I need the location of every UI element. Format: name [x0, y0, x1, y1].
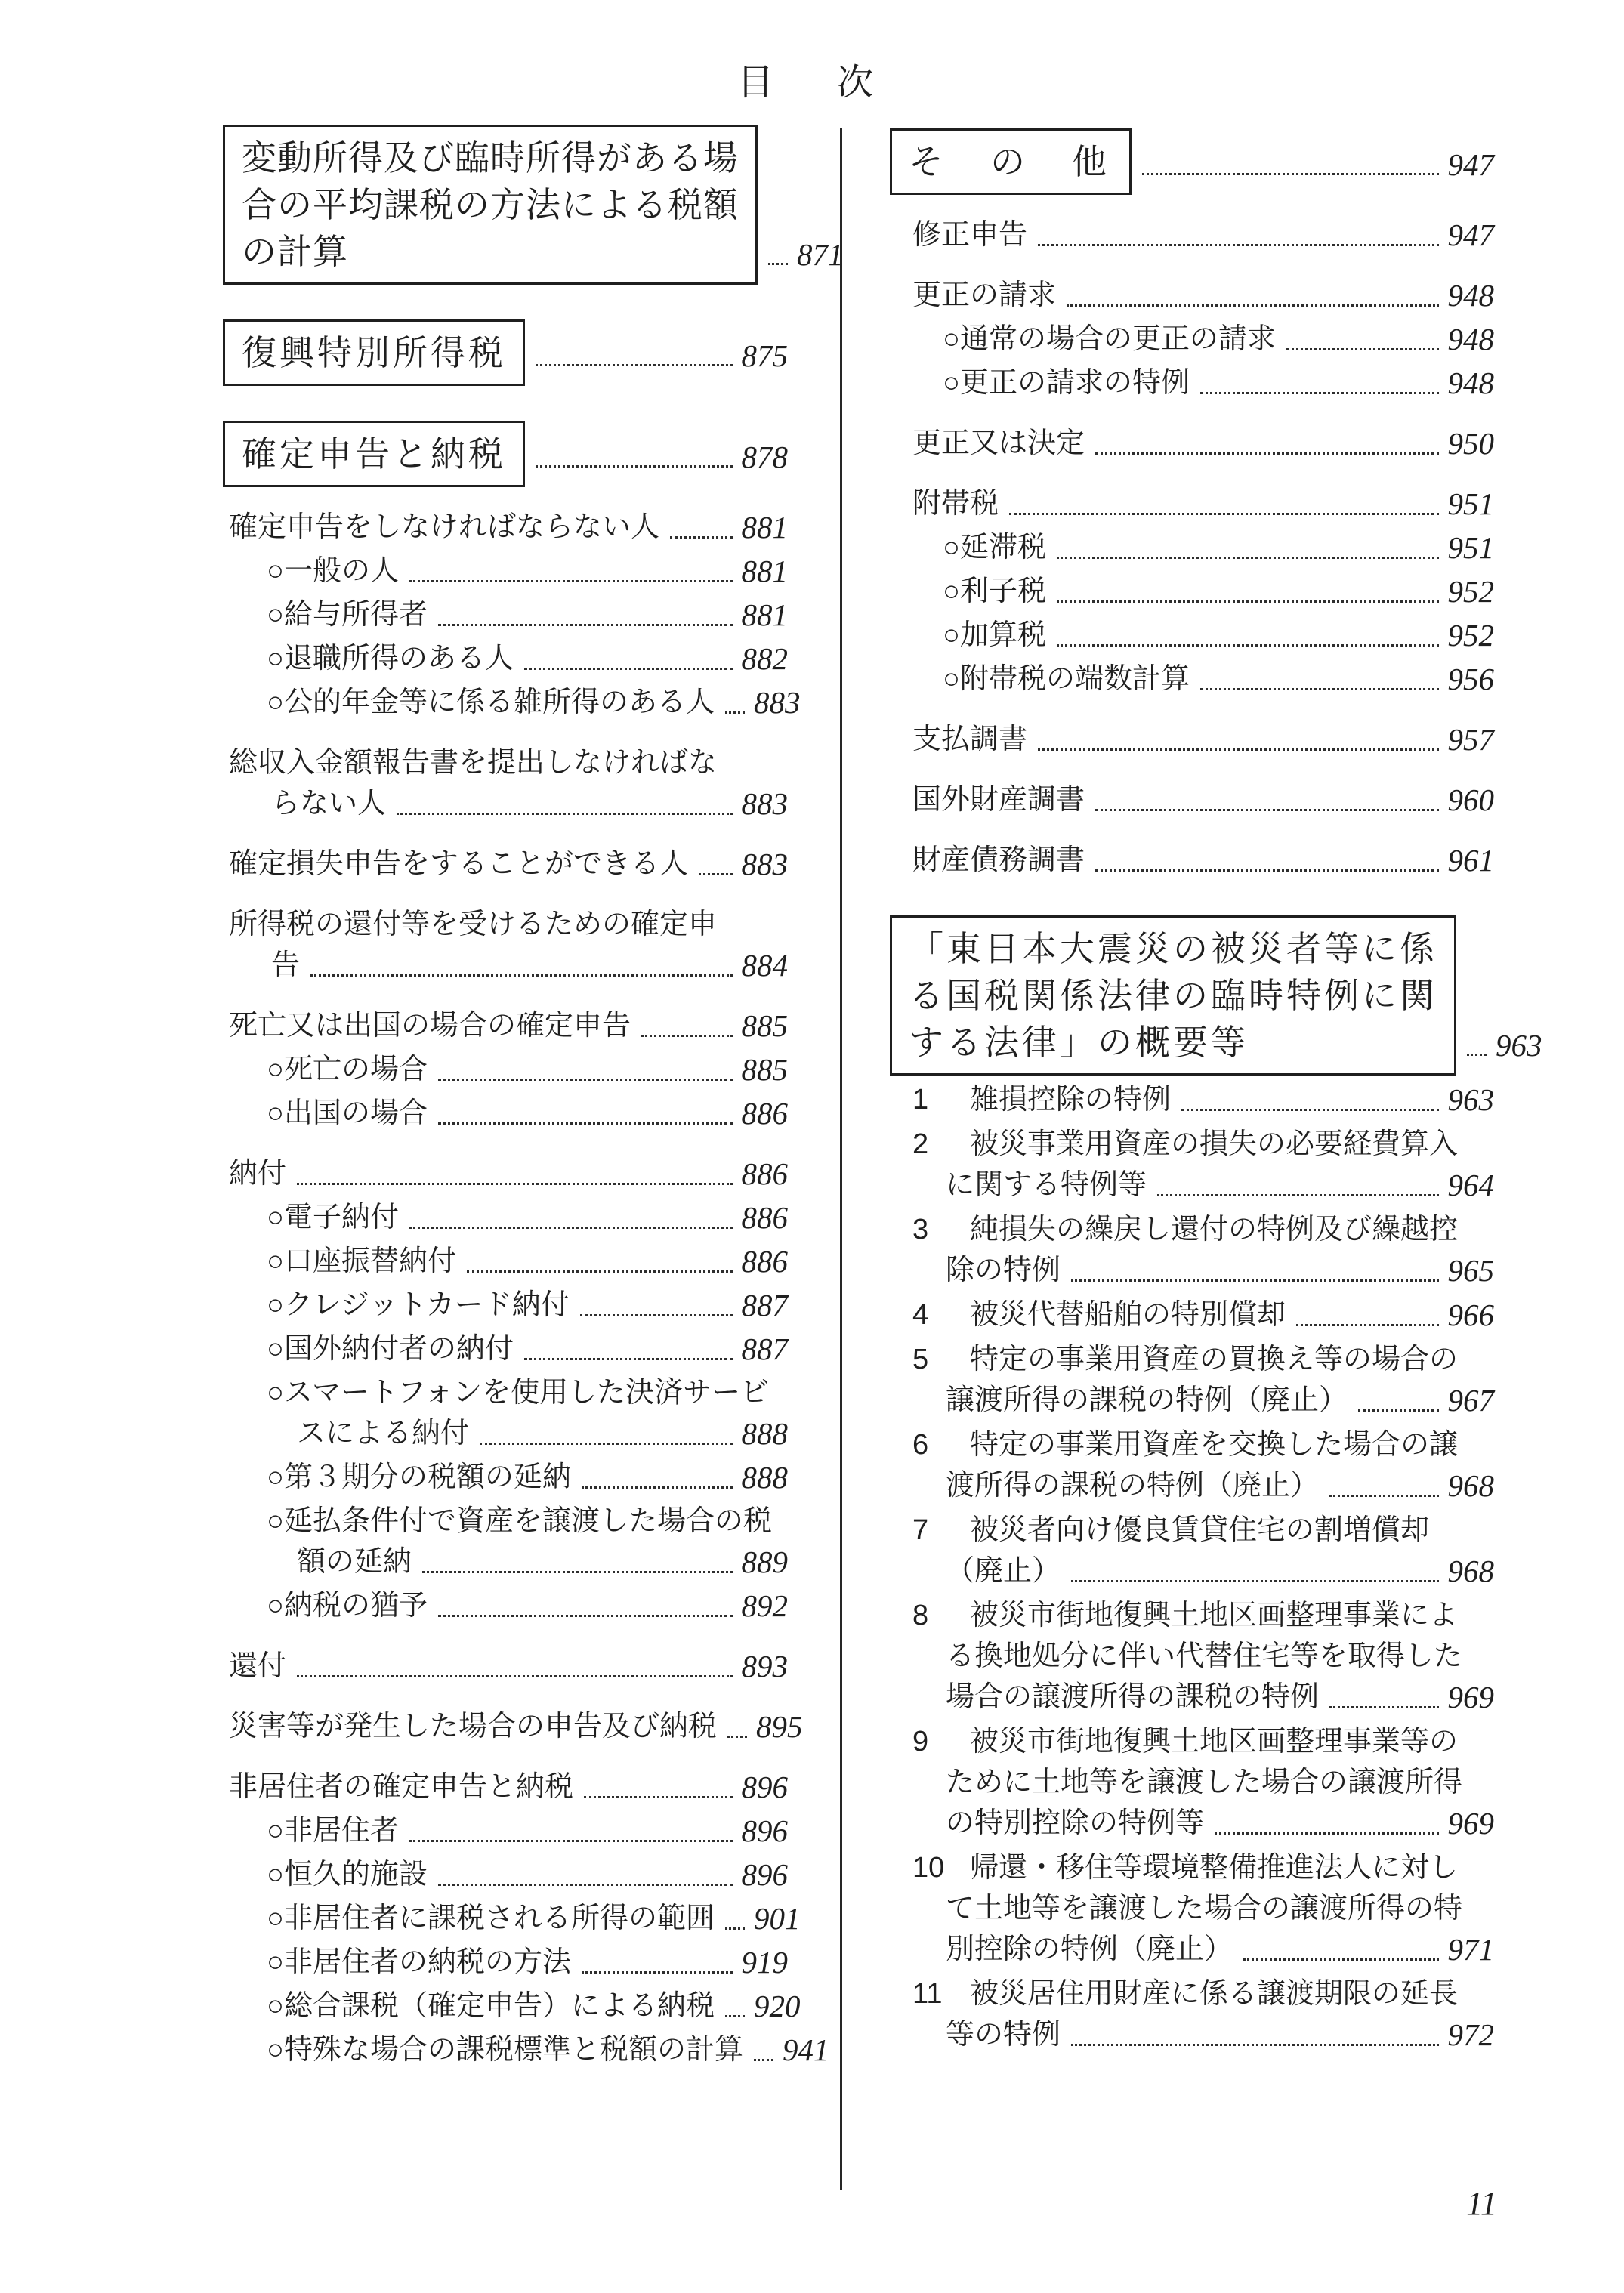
- boxed-entry-row: 「東日本大震災の被災者等に係る国税関係法律の臨時特例に関する法律」の概要等963: [890, 915, 1494, 1076]
- entry-page-number: 956: [1448, 659, 1495, 699]
- toc-entry: ○延滞税951: [890, 527, 1494, 568]
- section-box: そ の 他: [890, 128, 1132, 195]
- toc-entry: ○出国の場合886: [223, 1093, 788, 1134]
- entry-row: 国外財産調書960: [912, 779, 1494, 820]
- toc-entry: 7被災者向け優良賃貸住宅の割増償却（廃止）968: [890, 1510, 1494, 1591]
- entry-line: 総収入金額報告書を提出しなければな: [229, 742, 788, 783]
- dotted-leader: [1215, 1832, 1438, 1835]
- entry-text: 特定の事業用資産を交換した場合の譲: [970, 1429, 1458, 1461]
- toc-entry: 確定申告をしなければならない人881: [223, 507, 788, 548]
- entry-row: 渡所得の課税の特例（廃止）968: [912, 1465, 1494, 1506]
- entry-page-number: 886: [742, 1197, 789, 1238]
- dotted-leader: [1095, 869, 1438, 872]
- toc-entry: 更正の請求948: [890, 275, 1494, 316]
- entry-text: 国外財産調書: [912, 779, 1085, 820]
- entry-page-number: 968: [1448, 1551, 1495, 1591]
- entry-text: ○納税の猶予: [267, 1585, 428, 1626]
- section-box-line: の計算: [242, 228, 739, 275]
- entry-text: ○一般の人: [267, 551, 399, 591]
- section-box: 変動所得及び臨時所得がある場合の平均課税の方法による税額の計算: [223, 125, 758, 285]
- dotted-leader: [1038, 244, 1438, 246]
- boxed-entry-row: そ の 他947: [890, 128, 1494, 195]
- entry-text: 非居住者の確定申告と納税: [229, 1767, 573, 1807]
- page-number: 11: [1466, 2184, 1497, 2223]
- entry-row: ○クレジットカード納付887: [267, 1285, 788, 1325]
- entry-page-number: 941: [783, 2029, 829, 2070]
- entry-row: ○電子納付886: [267, 1197, 788, 1238]
- entry-row: 別控除の特例（廃止）971: [912, 1929, 1494, 1970]
- entry-text: 財産債務調書: [912, 840, 1085, 881]
- entry-line: 10帰還・移住等環境整備推進法人に対し: [912, 1847, 1494, 1888]
- toc-entry: ○非居住者896: [223, 1810, 788, 1851]
- toc-entry: ○非居住者に課税される所得の範囲901: [223, 1898, 788, 1939]
- dotted-leader: [536, 364, 733, 366]
- section-box: 復興特別所得税: [223, 319, 525, 386]
- entry-line: 3純損失の繰戻し還付の特例及び繰越控: [912, 1209, 1494, 1250]
- entry-number: 8: [912, 1595, 970, 1636]
- dotted-leader: [297, 1675, 732, 1677]
- dotted-leader: [1243, 1958, 1438, 1961]
- entry-page-number: 951: [1448, 527, 1495, 568]
- toc-entry: 納付886: [223, 1153, 788, 1194]
- toc-entry: 災害等が発生した場合の申告及び納税895: [223, 1706, 788, 1747]
- toc-entry: 6特定の事業用資産を交換した場合の譲渡所得の課税の特例（廃止）968: [890, 1424, 1494, 1506]
- entry-text: 帰還・移住等環境整備推進法人に対し: [970, 1852, 1458, 1884]
- entry-row: ○口座振替納付886: [267, 1241, 788, 1282]
- toc-entry: ○口座振替納付886: [223, 1241, 788, 1282]
- dotted-leader: [409, 1227, 733, 1229]
- entry-text: 被災代替船舶の特別償却: [970, 1295, 1286, 1335]
- entry-number: 2: [912, 1124, 970, 1165]
- entry-line: ために土地等を譲渡した場合の譲渡所得: [912, 1762, 1494, 1803]
- dotted-leader: [397, 813, 732, 815]
- toc-entry: ○スマートフォンを使用した決済サービスによる納付888: [223, 1372, 788, 1454]
- entry-page-number: 951: [1448, 483, 1495, 524]
- section-box-line: る国税関係法律の臨時特例に関: [909, 972, 1437, 1019]
- section-box-line: する法律」の概要等: [909, 1019, 1437, 1066]
- entry-text: ○電子納付: [267, 1197, 399, 1238]
- dotted-leader: [422, 1571, 732, 1573]
- toc-entry: ○附帯税の端数計算956: [890, 659, 1494, 699]
- entry-page-number: 952: [1448, 615, 1495, 656]
- dotted-leader: [580, 1314, 733, 1316]
- toc-entry: ○死亡の場合885: [223, 1049, 788, 1090]
- dotted-leader: [768, 263, 788, 265]
- dotted-leader: [1095, 809, 1438, 811]
- toc-entry: 5特定の事業用資産の買換え等の場合の譲渡所得の課税の特例（廃止）967: [890, 1339, 1494, 1421]
- entry-row: ○出国の場合886: [267, 1093, 788, 1134]
- dotted-leader: [297, 1183, 732, 1185]
- entry-number: 10: [912, 1847, 970, 1888]
- boxed-entry-row: 変動所得及び臨時所得がある場合の平均課税の方法による税額の計算871: [223, 125, 788, 285]
- entry-page-number: 971: [1448, 1929, 1495, 1970]
- entry-number: 7: [912, 1510, 970, 1551]
- dotted-leader: [1057, 644, 1439, 647]
- entry-text: 更正又は決定: [912, 423, 1085, 464]
- entry-text: 被災市街地復興土地区画整理事業等の: [970, 1726, 1458, 1758]
- dotted-leader: [725, 711, 745, 714]
- entry-text: らない人: [271, 783, 386, 824]
- entry-text: 渡所得の課税の特例（廃止）: [946, 1465, 1319, 1506]
- entry-page-number: 887: [742, 1329, 789, 1369]
- toc-entry: 国外財産調書960: [890, 779, 1494, 820]
- toc-section-entry: そ の 他947: [890, 128, 1494, 195]
- entry-row: 譲渡所得の課税の特例（廃止）967: [912, 1380, 1494, 1421]
- entry-row: （廃止）968: [912, 1551, 1494, 1591]
- entry-text: ○非居住者に課税される所得の範囲: [267, 1898, 715, 1939]
- entry-text: ○総合課税（確定申告）による納税: [267, 1986, 715, 2026]
- entry-row: 死亡又は出国の場合の確定申告885: [229, 1005, 788, 1046]
- entry-text: 被災市街地復興土地区画整理事業によ: [970, 1600, 1458, 1631]
- section-box: 「東日本大震災の被災者等に係る国税関係法律の臨時特例に関する法律」の概要等: [890, 915, 1456, 1076]
- entry-line: て土地等を譲渡した場合の譲渡所得の特: [912, 1888, 1494, 1929]
- toc-entry: ○延払条件付で資産を譲渡した場合の税額の延納889: [223, 1501, 788, 1582]
- section-box-line: 合の平均課税の方法による税額: [242, 181, 739, 228]
- entry-text: に関する特例等: [946, 1165, 1147, 1205]
- entry-text: 還付: [229, 1646, 286, 1687]
- dotted-leader: [480, 1443, 732, 1445]
- entry-row: 等の特例972: [912, 2014, 1494, 2055]
- dotted-leader: [1071, 2044, 1438, 2046]
- entry-row: ○特殊な場合の課税標準と税額の計算941: [267, 2029, 788, 2070]
- entry-page-number: 964: [1448, 1165, 1495, 1205]
- entry-row: 場合の譲渡所得の課税の特例969: [912, 1677, 1494, 1717]
- entry-row: ○死亡の場合885: [267, 1049, 788, 1090]
- section-box-line: 変動所得及び臨時所得がある場: [242, 134, 739, 181]
- toc-entry: 還付893: [223, 1646, 788, 1687]
- entry-row: 災害等が発生した場合の申告及び納税895: [229, 1706, 788, 1747]
- entry-page-number: 901: [754, 1898, 801, 1939]
- toc-entry: 更正又は決定950: [890, 423, 1494, 464]
- dotted-leader: [467, 1270, 733, 1273]
- entry-page-number: 948: [1448, 275, 1495, 316]
- entry-text: る換地処分に伴い代替住宅等を取得した: [946, 1640, 1462, 1672]
- dotted-leader: [582, 1486, 733, 1489]
- entry-line: 7被災者向け優良賃貸住宅の割増償却: [912, 1510, 1494, 1551]
- entry-text: 総収入金額報告書を提出しなければな: [229, 747, 717, 779]
- entry-row: 4被災代替船舶の特別償却966: [912, 1295, 1494, 1335]
- entry-row: ○公的年金等に係る雑所得のある人883: [267, 682, 788, 723]
- dotted-leader: [1142, 173, 1439, 175]
- toc-entry: 支払調書957: [890, 719, 1494, 760]
- entry-page-number: 886: [742, 1093, 789, 1134]
- entry-line: ○延払条件付で資産を譲渡した場合の税: [267, 1501, 788, 1542]
- entry-row: ○利子税952: [943, 571, 1494, 612]
- entry-row: ○恒久的施設896: [267, 1854, 788, 1895]
- entry-row: 1雑損控除の特例963: [912, 1079, 1494, 1120]
- entry-row: 確定損失申告をすることができる人883: [229, 844, 788, 884]
- dotted-leader: [438, 1615, 733, 1617]
- toc-entry: 総収入金額報告書を提出しなければならない人883: [223, 742, 788, 824]
- entry-text: ○退職所得のある人: [267, 638, 514, 679]
- toc-entry: 9被災市街地復興土地区画整理事業等のために土地等を譲渡した場合の譲渡所得の特別控…: [890, 1721, 1494, 1844]
- toc-entry: 確定損失申告をすることができる人883: [223, 844, 788, 884]
- entry-page-number: 884: [742, 945, 789, 986]
- toc-entry: 8被災市街地復興土地区画整理事業による換地処分に伴い代替住宅等を取得した場合の譲…: [890, 1595, 1494, 1717]
- entry-row: ○非居住者の納税の方法919: [267, 1942, 788, 1983]
- dotted-leader: [409, 1840, 733, 1842]
- entry-text: ○延滞税: [943, 527, 1046, 568]
- dotted-leader: [438, 1122, 733, 1125]
- entry-row: 附帯税951: [912, 483, 1494, 524]
- toc-entry: 11被災居住用財産に係る譲渡期限の延長等の特例972: [890, 1974, 1494, 2055]
- entry-page-number: 972: [1448, 2014, 1495, 2055]
- entry-page-number: 957: [1448, 719, 1495, 760]
- dotted-leader: [1057, 600, 1439, 603]
- dotted-leader: [699, 873, 732, 875]
- entry-page-number: 948: [1448, 363, 1495, 403]
- entry-row: スによる納付888: [267, 1413, 788, 1454]
- entry-text: 告: [271, 945, 300, 986]
- toc-entry: ○納税の猶予892: [223, 1585, 788, 1626]
- entry-page-number: 965: [1448, 1250, 1495, 1291]
- entry-page-number: 886: [742, 1153, 789, 1194]
- toc-entry: 2被災事業用資産の損失の必要経費算入に関する特例等964: [890, 1124, 1494, 1205]
- entry-row: 額の延納889: [267, 1542, 788, 1582]
- entry-row: 更正の請求948: [912, 275, 1494, 316]
- entry-text: 死亡又は出国の場合の確定申告: [229, 1005, 631, 1046]
- entry-text: ○特殊な場合の課税標準と税額の計算: [267, 2029, 743, 2070]
- entry-row: ○非居住者に課税される所得の範囲901: [267, 1898, 788, 1939]
- left-column: 変動所得及び臨時所得がある場合の平均課税の方法による税額の計算871復興特別所得…: [223, 125, 788, 2070]
- entry-page-number: 895: [756, 1706, 803, 1747]
- dotted-leader: [1095, 452, 1438, 455]
- toc-entry: ○特殊な場合の課税標準と税額の計算941: [223, 2029, 788, 2070]
- entry-page-number: 968: [1448, 1465, 1495, 1506]
- entry-text: スによる納付: [297, 1413, 469, 1454]
- toc-entry: ○一般の人881: [223, 551, 788, 591]
- entry-text: 等の特例: [946, 2014, 1061, 2055]
- entry-row: ○給与所得者881: [267, 594, 788, 635]
- entry-text: ○死亡の場合: [267, 1049, 428, 1090]
- toc-section-entry: 変動所得及び臨時所得がある場合の平均課税の方法による税額の計算871: [223, 125, 788, 285]
- entry-text: ○クレジットカード納付: [267, 1285, 570, 1325]
- column-divider: [840, 128, 842, 2190]
- entry-text: て土地等を譲渡した場合の譲渡所得の特: [946, 1893, 1462, 1924]
- entry-page-number: 966: [1448, 1295, 1495, 1335]
- dotted-leader: [727, 1736, 747, 1738]
- entry-text: 支払調書: [912, 719, 1027, 760]
- dotted-leader: [1071, 1580, 1438, 1582]
- entry-row: の特別控除の特例等969: [912, 1803, 1494, 1844]
- dotted-leader: [524, 668, 733, 670]
- entry-page-number: 885: [742, 1005, 789, 1046]
- toc-entry: 4被災代替船舶の特別償却966: [890, 1295, 1494, 1335]
- dotted-leader: [438, 1079, 733, 1081]
- entry-row: ○非居住者896: [267, 1810, 788, 1851]
- entry-line: 所得税の還付等を受けるための確定申: [229, 904, 788, 945]
- entry-row: ○附帯税の端数計算956: [943, 659, 1494, 699]
- dotted-leader: [725, 2015, 745, 2017]
- section-box-line: 確定申告と納税: [242, 431, 506, 477]
- toc-entry: ○非居住者の納税の方法919: [223, 1942, 788, 1983]
- entry-row: 除の特例965: [912, 1250, 1494, 1291]
- entry-page-number: 881: [742, 551, 789, 591]
- toc-entry: ○退職所得のある人882: [223, 638, 788, 679]
- dotted-leader: [1200, 688, 1439, 690]
- dotted-leader: [1057, 557, 1439, 559]
- entry-text: 災害等が発生した場合の申告及び納税: [229, 1706, 717, 1747]
- entry-page-number: 871: [797, 234, 844, 275]
- entry-page-number: 883: [742, 844, 789, 884]
- entry-row: ○納税の猶予892: [267, 1585, 788, 1626]
- dotted-leader: [1157, 1194, 1438, 1196]
- entry-text: ○恒久的施設: [267, 1854, 428, 1895]
- toc-entry: 3純損失の繰戻し還付の特例及び繰越控除の特例965: [890, 1209, 1494, 1291]
- entry-page-number: 889: [742, 1542, 789, 1582]
- entry-row: 非居住者の確定申告と納税896: [229, 1767, 788, 1807]
- entry-line: 11被災居住用財産に係る譲渡期限の延長: [912, 1974, 1494, 2014]
- entry-page-number: 896: [742, 1854, 789, 1895]
- toc-entry: 財産債務調書961: [890, 840, 1494, 881]
- entry-row: 修正申告947: [912, 214, 1494, 255]
- dotted-leader: [1467, 1054, 1487, 1056]
- entry-text: ○口座振替納付: [267, 1241, 456, 1282]
- toc-entry: ○通常の場合の更正の請求948: [890, 319, 1494, 360]
- entry-page-number: 948: [1448, 319, 1495, 360]
- dotted-leader: [524, 1358, 733, 1360]
- toc-entry: 修正申告947: [890, 214, 1494, 255]
- section-box: 確定申告と納税: [223, 421, 525, 487]
- entry-page-number: 963: [1448, 1079, 1495, 1120]
- dotted-leader: [1009, 513, 1438, 515]
- entry-page-number: 947: [1448, 214, 1495, 255]
- dotted-leader: [438, 624, 733, 626]
- entry-page-number: 883: [754, 682, 801, 723]
- toc-section-entry: 復興特別所得税875: [223, 319, 788, 386]
- entry-text: 場合の譲渡所得の課税の特例: [946, 1677, 1319, 1717]
- entry-text: ○スマートフォンを使用した決済サービ: [267, 1377, 769, 1409]
- dotted-leader: [438, 1884, 733, 1886]
- dotted-leader: [641, 1035, 732, 1037]
- toc-entry: ○給与所得者881: [223, 594, 788, 635]
- entry-row: ○延滞税951: [943, 527, 1494, 568]
- dotted-leader: [1358, 1409, 1438, 1412]
- entry-page-number: 896: [742, 1810, 789, 1851]
- entry-text: 更正の請求: [912, 275, 1056, 316]
- dotted-leader: [1329, 1706, 1438, 1708]
- dotted-leader: [1038, 748, 1438, 751]
- entry-text: ○利子税: [943, 571, 1046, 612]
- entry-text: 被災者向け優良賃貸住宅の割増償却: [970, 1514, 1429, 1546]
- entry-page-number: 919: [742, 1942, 789, 1983]
- toc-entry: ○国外納付者の納付887: [223, 1329, 788, 1369]
- entry-row: ○国外納付者の納付887: [267, 1329, 788, 1369]
- section-box-line: 「東日本大震災の被災者等に係: [909, 925, 1437, 972]
- entry-line: 8被災市街地復興土地区画整理事業によ: [912, 1595, 1494, 1636]
- entry-row: ○通常の場合の更正の請求948: [943, 319, 1494, 360]
- toc-entry: ○クレジットカード納付887: [223, 1285, 788, 1325]
- entry-text: ○通常の場合の更正の請求: [943, 319, 1276, 360]
- entry-page-number: 885: [742, 1049, 789, 1090]
- entry-number: 11: [912, 1974, 970, 2014]
- dotted-leader: [1071, 1279, 1438, 1282]
- entry-text: ○出国の場合: [267, 1093, 428, 1134]
- entry-page-number: 881: [742, 507, 789, 548]
- entry-text: 納付: [229, 1153, 286, 1194]
- boxed-entry-row: 確定申告と納税878: [223, 421, 788, 487]
- entry-text: 修正申告: [912, 214, 1027, 255]
- entry-text: ために土地等を譲渡した場合の譲渡所得: [946, 1767, 1462, 1798]
- toc-entry: 死亡又は出国の場合の確定申告885: [223, 1005, 788, 1046]
- entry-page-number: 883: [742, 783, 789, 824]
- entry-page-number: 960: [1448, 779, 1495, 820]
- entry-row: 確定申告をしなければならない人881: [229, 507, 788, 548]
- entry-line: 2被災事業用資産の損失の必要経費算入: [912, 1124, 1494, 1165]
- entry-number: 9: [912, 1721, 970, 1762]
- toc-entry: ○第３期分の税額の延納888: [223, 1457, 788, 1498]
- entry-page-number: 963: [1496, 1025, 1542, 1066]
- entry-row: ○更正の請求の特例948: [943, 363, 1494, 403]
- dotted-leader: [536, 465, 733, 468]
- entry-text: ○国外納付者の納付: [267, 1329, 514, 1369]
- entry-page-number: 886: [742, 1241, 789, 1282]
- entry-text: 所得税の還付等を受けるための確定申: [229, 909, 717, 940]
- toc-entry: ○公的年金等に係る雑所得のある人883: [223, 682, 788, 723]
- entry-line: ○スマートフォンを使用した決済サービ: [267, 1372, 788, 1413]
- entry-row: ○総合課税（確定申告）による納税920: [267, 1986, 788, 2026]
- entry-text: 除の特例: [946, 1250, 1061, 1291]
- entry-text: ○加算税: [943, 615, 1046, 656]
- entry-page-number: 947: [1448, 144, 1495, 185]
- section-box-line: そ の 他: [909, 138, 1113, 185]
- entry-row: 更正又は決定950: [912, 423, 1494, 464]
- entry-text: の特別控除の特例等: [946, 1803, 1204, 1844]
- entry-text: （廃止）: [946, 1551, 1061, 1591]
- dotted-leader: [584, 1796, 732, 1798]
- boxed-entry-row: 復興特別所得税875: [223, 319, 788, 386]
- dotted-leader: [1200, 392, 1439, 394]
- entry-text: 被災居住用財産に係る譲渡期限の延長: [970, 1978, 1458, 2010]
- entry-page-number: 888: [742, 1413, 789, 1454]
- entry-text: 確定損失申告をすることができる人: [229, 844, 688, 884]
- page-title: 目 次: [0, 53, 1624, 105]
- toc-entry: ○加算税952: [890, 615, 1494, 656]
- entry-page-number: 950: [1448, 423, 1495, 464]
- toc-entry: 所得税の還付等を受けるための確定申告884: [223, 904, 788, 986]
- entry-page-number: 969: [1448, 1803, 1495, 1844]
- entry-text: 確定申告をしなければならない人: [229, 507, 659, 548]
- toc-entry: 非居住者の確定申告と納税896: [223, 1767, 788, 1807]
- toc-entry: 1雑損控除の特例963: [890, 1079, 1494, 1120]
- dotted-leader: [1286, 348, 1439, 350]
- dotted-leader: [670, 536, 732, 539]
- entry-text: ○非居住者の納税の方法: [267, 1942, 571, 1983]
- section-box-line: 復興特別所得税: [242, 329, 506, 376]
- entry-number: 6: [912, 1424, 970, 1465]
- toc-entry: 10帰還・移住等環境整備推進法人に対して土地等を譲渡した場合の譲渡所得の特別控除…: [890, 1847, 1494, 1970]
- dotted-leader: [1067, 304, 1438, 307]
- entry-text: 純損失の繰戻し還付の特例及び繰越控: [970, 1214, 1458, 1245]
- dotted-leader: [754, 2059, 773, 2061]
- entry-page-number: 893: [742, 1646, 789, 1687]
- dotted-leader: [582, 1971, 733, 1974]
- entry-number: 3: [912, 1209, 970, 1250]
- entry-row: らない人883: [229, 783, 788, 824]
- entry-text: ○延払条件付で資産を譲渡した場合の税: [267, 1505, 772, 1537]
- entry-row: ○第３期分の税額の延納888: [267, 1457, 788, 1498]
- entry-row: に関する特例等964: [912, 1165, 1494, 1205]
- toc-section-entry: 「東日本大震災の被災者等に係る国税関係法律の臨時特例に関する法律」の概要等963: [890, 915, 1494, 1076]
- toc-entry: ○利子税952: [890, 571, 1494, 612]
- entry-number: 5: [912, 1339, 970, 1380]
- entry-page-number: 969: [1448, 1677, 1495, 1717]
- entry-line: 5特定の事業用資産の買換え等の場合の: [912, 1339, 1494, 1380]
- dotted-leader: [1329, 1495, 1438, 1497]
- toc-section-entry: 確定申告と納税878: [223, 421, 788, 487]
- entry-text: ○第３期分の税額の延納: [267, 1457, 571, 1498]
- entry-text: 譲渡所得の課税の特例（廃止）: [946, 1380, 1348, 1421]
